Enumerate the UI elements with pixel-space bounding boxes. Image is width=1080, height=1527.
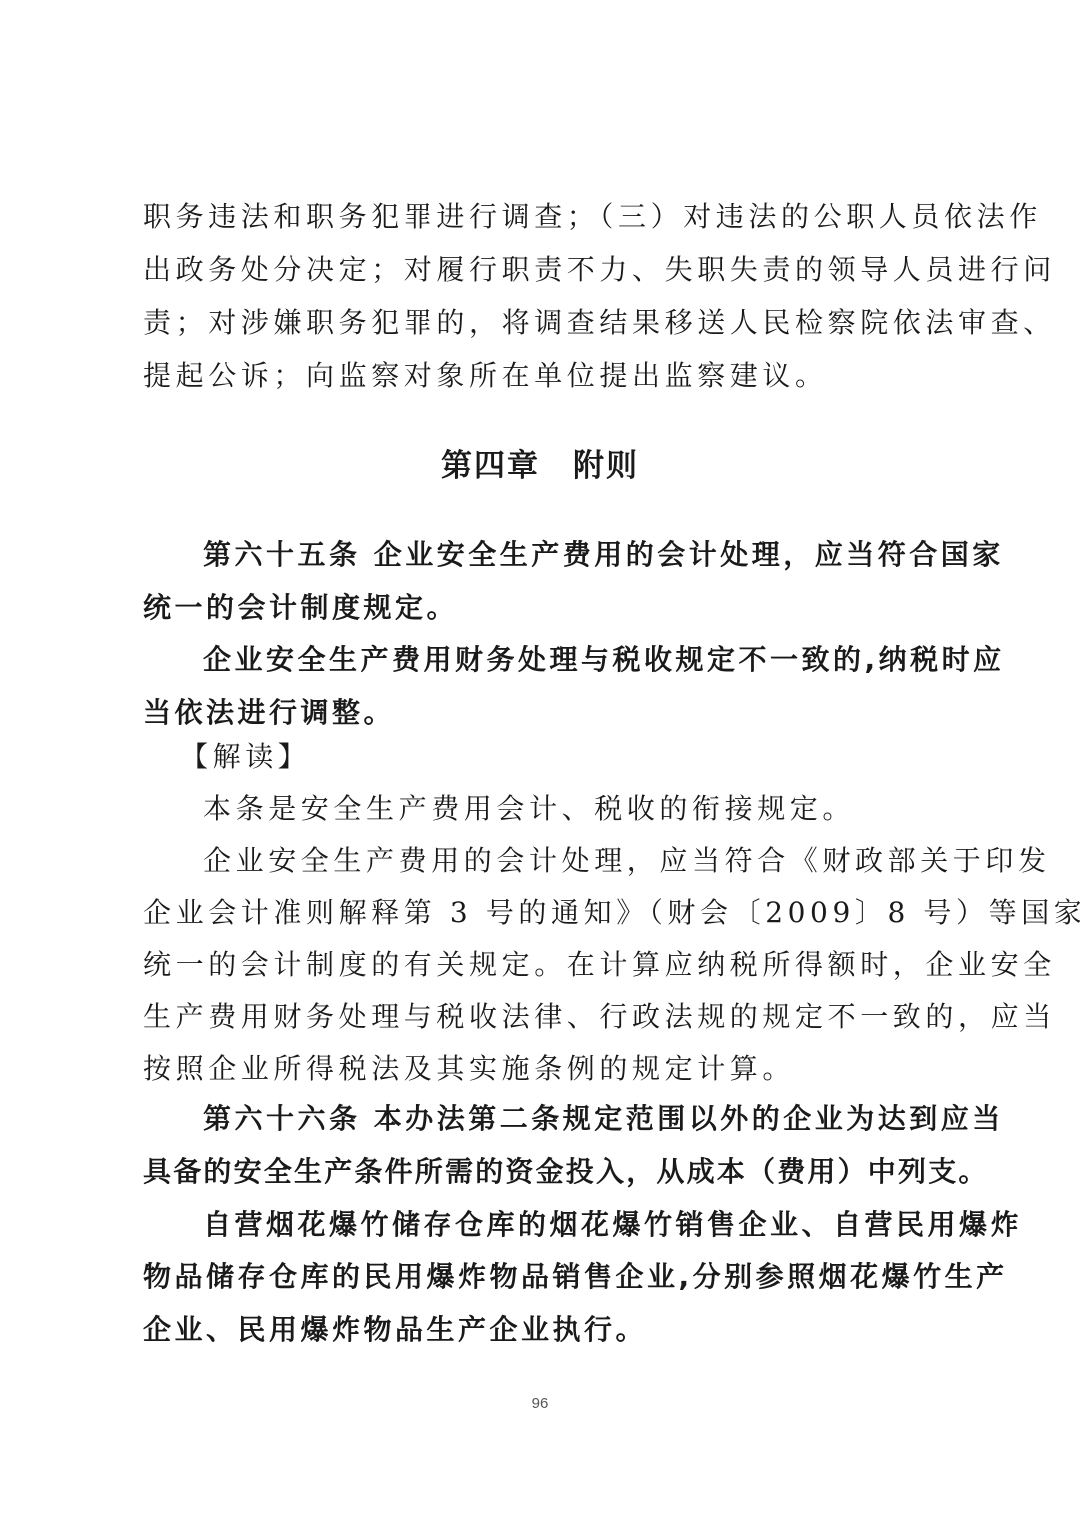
interpretation-text: 企业安全生产费用的会计处理，应当符合《财政部关于印发 — [203, 844, 943, 878]
article-65-paragraph-2: 企业安全生产费用财务处理与税收规定不一致的,纳税时应 — [203, 643, 943, 677]
article-66-paragraph-2: 物品储存仓库的民用爆炸物品销售企业,分别参照烟花爆竹生产 — [143, 1260, 943, 1294]
body-text-line: 出政务处分决定；对履行职责不力、失职失责的领导人员进行问 — [143, 253, 943, 287]
article-65-paragraph-2: 当依法进行调整。 — [143, 696, 943, 730]
interpretation-text: 统一的会计制度的有关规定。在计算应纳税所得额时，企业安全 — [143, 948, 943, 982]
article-66-paragraph-2: 自营烟花爆竹储存仓库的烟花爆竹销售企业、自营民用爆炸 — [203, 1208, 943, 1242]
interpretation-label: 【解读】 — [180, 740, 310, 774]
chapter-title: 第四章 附则 — [0, 440, 1080, 485]
article-66-paragraph-2: 企业、民用爆炸物品生产企业执行。 — [143, 1313, 943, 1347]
document-page: 职务违法和职务犯罪进行调查；（三）对违法的公职人员依法作 出政务处分决定；对履行… — [0, 0, 1080, 1527]
body-text-line: 提起公诉；向监察对象所在单位提出监察建议。 — [143, 359, 943, 393]
body-text-line: 职务违法和职务犯罪进行调查；（三）对违法的公职人员依法作 — [143, 200, 943, 234]
interpretation-text: 生产费用财务处理与税收法律、行政法规的规定不一致的，应当 — [143, 1000, 943, 1034]
interpretation-text: 企业会计准则解释第 3 号的通知》（财会〔2009〕8 号）等国家 — [143, 896, 943, 930]
body-text-line: 责；对涉嫌职务犯罪的，将调查结果移送人民检察院依法审查、 — [143, 306, 943, 340]
article-66-text: 第六十六条 本办法第二条规定范围以外的企业为达到应当 — [203, 1102, 943, 1136]
interpretation-summary: 本条是安全生产费用会计、税收的衔接规定。 — [203, 792, 855, 826]
page-number: 96 — [0, 1395, 1080, 1412]
interpretation-text: 按照企业所得税法及其实施条例的规定计算。 — [143, 1052, 943, 1086]
article-66-text: 具备的安全生产条件所需的资金投入，从成本（费用）中列支。 — [143, 1155, 943, 1189]
article-65-text: 统一的会计制度规定。 — [143, 591, 943, 625]
article-65-text: 第六十五条 企业安全生产费用的会计处理，应当符合国家 — [203, 538, 943, 572]
